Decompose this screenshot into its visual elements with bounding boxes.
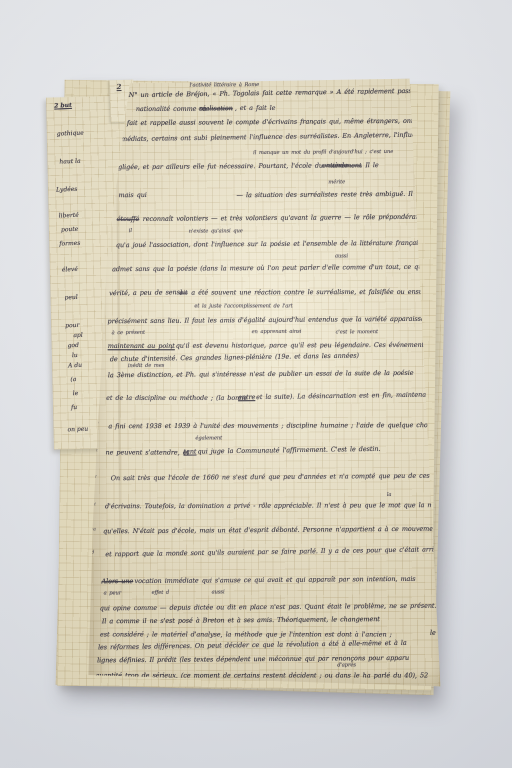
handwriting-line: On sait très que l'école de 1660 ne s'es… (111, 473, 430, 483)
handwriting-line: négligée, et par ailleurs elle fut néces… (110, 162, 348, 171)
handwriting-line: mais qui (118, 192, 146, 199)
under-sheet-word: liberté (59, 213, 79, 220)
handwriting-line: Il a comme il ne s'est posé à Breton et … (102, 616, 380, 625)
handwriting-line: en apprenant ainsi (252, 330, 302, 336)
handwriting-line: entièrement (322, 162, 361, 169)
under-sheet-word: peul (64, 295, 77, 302)
handwriting-line: , et a fait le (235, 105, 276, 112)
handwriting-line: la (387, 493, 392, 499)
handwriting-line: reconnaît volontiers — et très volontier… (143, 214, 423, 223)
handwriting-line: précisément sans lieu. Il faut les amis … (107, 316, 429, 326)
handwriting-line: qui opine comme — depuis dictée ou dit e… (100, 603, 437, 613)
handwriting-line: effet d (152, 591, 169, 597)
handwriting-line: et la suite). La désincarnation est en f… (256, 391, 442, 401)
handwriting-line: les réformes les différences. On peut dé… (98, 640, 407, 652)
handwriting-line: le (430, 630, 436, 637)
handwriting-line: a été souvent une réaction contre le sur… (191, 289, 431, 297)
handwriting-line: . Il le (360, 162, 378, 169)
under-sheet-word: formes (59, 241, 80, 248)
handwriting-line: tant (183, 449, 196, 456)
handwriting-line: est considéré ; le matériel d'analyse, l… (100, 631, 392, 638)
handwriting-line: N° un article de Bréjon, « Ph. Togolais … (129, 88, 422, 99)
handwriting-line: et la juste l'accomplissement de l'art (194, 305, 292, 311)
under-sheet-word: lu (72, 353, 78, 359)
under-sheet-word: god (68, 343, 80, 349)
handwriting-line: et rapport que la monde sont qu'ils aura… (105, 546, 441, 558)
handwriting-line: vocation immédiate qui s'amuse ce qui av… (135, 576, 416, 585)
handwriting-line: immédiats, certains ont subi pleinement … (113, 131, 447, 143)
handwriting-line: n'existe qu'ainsi que (189, 229, 243, 235)
handwriting-line: qu'elles. N'était pas d'école, mais un é… (103, 526, 439, 536)
handwriting-line: d'après (337, 663, 356, 669)
handwriting-line: à ce présent (112, 331, 145, 337)
main-sheet: l'activité littéraire à RomeN° un articl… (82, 77, 449, 694)
handwriting-line: qu'a joué l'association, dont l'influenc… (116, 240, 440, 250)
handwriting-line: également (195, 436, 222, 442)
handwriting-line: entre (238, 394, 255, 401)
handwriting-line: mérite (328, 180, 345, 186)
handwriting-line: vérité, a peu de sens) (109, 289, 182, 297)
handwriting-line: il (129, 229, 132, 235)
under-sheet-word: Lydées (56, 187, 78, 194)
handwriting-line: aussi (212, 590, 225, 596)
handwriting-line: lignes définies. Il prédit (les textes d… (97, 655, 409, 665)
under-sheet-word: 2 but (54, 103, 72, 110)
main-sheet-content: l'activité littéraire à RomeN° un articl… (82, 77, 449, 694)
handwriting-line: a peur (104, 591, 121, 597)
under-sheet-word: haut la (59, 159, 80, 166)
handwriting-line: on fait et rappelle aussi souvent le com… (116, 117, 455, 127)
handwriting-line: a fini cent 1938 et 1939 à l'unité des m… (108, 422, 434, 430)
under-sheet-word: gothique (57, 131, 84, 138)
handwriting-line: , qu'il est devenu historique, parce qu'… (171, 342, 428, 350)
under-sheet-word: apl (73, 333, 83, 339)
handwriting-line: et de la discipline ou méthode ; (la bon… (106, 395, 247, 402)
handwriting-line: d'écrivains. Toutefois, la domination a … (105, 502, 451, 510)
under-sheet-word: élevé (62, 267, 78, 274)
under-sheet-word: le (73, 391, 79, 397)
manuscript-photo: 2 butgothiquehaut laLydéeslibertépoutefo… (0, 0, 512, 768)
handwriting-line: qui juge la Communauté l'affirmement. C'… (197, 446, 380, 456)
handwriting-line: c'est le moment (336, 330, 378, 336)
handwriting-line: ait (179, 290, 187, 297)
under-sheet-word: A du (68, 363, 82, 370)
under-sheet-word: fu (71, 405, 77, 411)
handwriting-line: de chute d'intensité. Ces grandes lignes… (110, 353, 359, 364)
handwriting-line: aussi (335, 254, 348, 260)
handwriting-line: il manque un mot du profil d'aujourd'hui… (253, 150, 393, 157)
handwriting-line: Alors une (102, 578, 134, 585)
under-sheet-word: (a (70, 377, 76, 383)
handwriting-line: la 3ème distinction, et Ph. qui s'intére… (108, 370, 414, 380)
under-sheet-word: on peu (67, 427, 88, 434)
handwriting-line: réalisation (199, 105, 233, 112)
under-sheet-word: poute (61, 227, 79, 234)
handwriting-line: maintenant au point (108, 343, 175, 350)
handwriting-line: inédit de mes (128, 364, 164, 370)
handwriting-line: ne peuvent s'attendre, et (106, 449, 189, 456)
handwriting-line: étouffé (117, 216, 140, 223)
under-sheet-word: pour (65, 323, 79, 330)
handwriting-line: nationalité comme sa (136, 106, 207, 113)
handwriting-line: admet sans que la poésie (dans la mesure… (112, 264, 437, 274)
handwriting-line: — la situation des surréalistes reste tr… (236, 191, 423, 200)
page-number: 2 (116, 83, 121, 90)
